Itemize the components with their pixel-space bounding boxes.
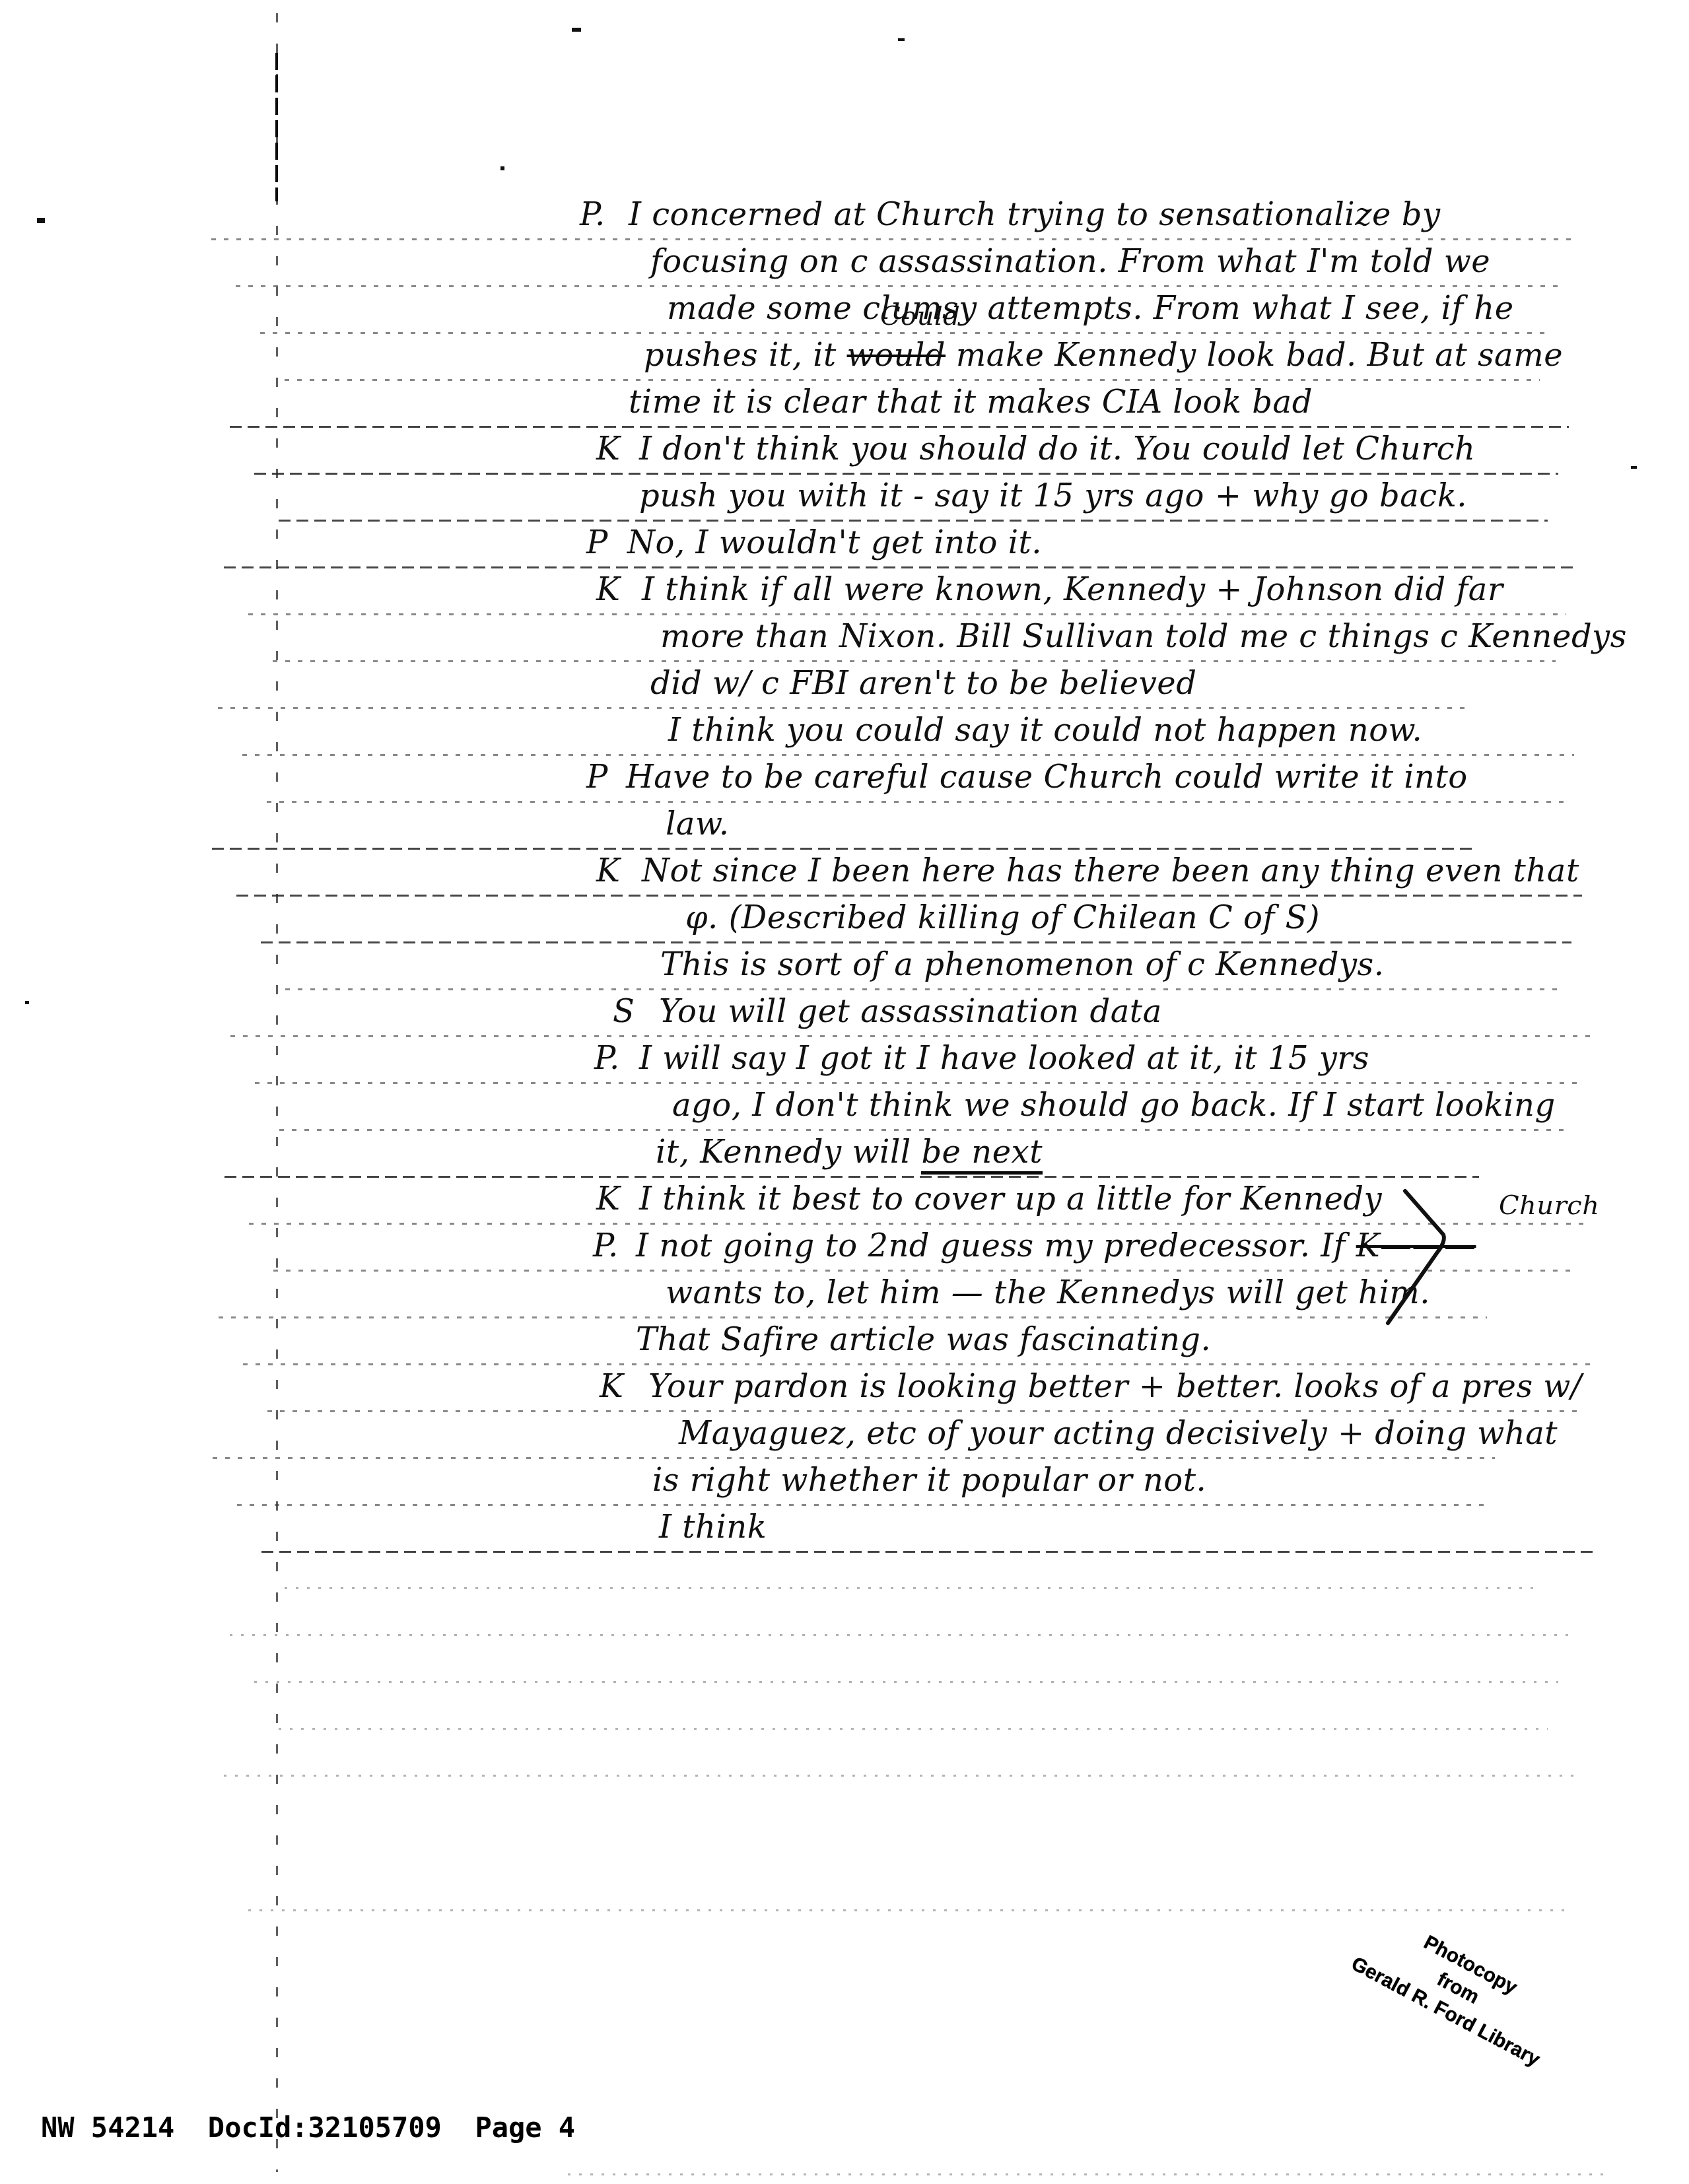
handwriting-line: That Safire article was fascinating. <box>636 1316 1211 1363</box>
handwriting-line: KYour pardon is looking better + better.… <box>600 1363 1582 1410</box>
handwriting-text: law. <box>666 805 730 842</box>
ruled-line <box>254 1681 1558 1683</box>
handwriting-line: KI think it best to cover up a little fo… <box>596 1176 1382 1223</box>
handwriting-text: made some clumsy attempts. From what I s… <box>667 290 1514 327</box>
handwriting-line: law. <box>666 801 730 848</box>
handwriting-line: pushes it, it would make Kennedy look ba… <box>644 332 1563 379</box>
handwriting-insert: Church <box>1499 1192 1599 1219</box>
handwriting-text: I will say I got it I have looked at it,… <box>639 1040 1369 1077</box>
ruled-line <box>279 1728 1548 1730</box>
speaker-letter: K <box>596 566 642 613</box>
scan-speckle <box>37 218 45 223</box>
speaker-letter: P. <box>593 1223 636 1270</box>
speaker-letter: K <box>596 1176 639 1223</box>
handwriting-line: focusing on c assassination. From what I… <box>650 238 1490 285</box>
ruled-line <box>261 1551 1593 1553</box>
handwriting-text: ago, I don't think we should go back. If… <box>672 1087 1556 1124</box>
handwriting-text: time it is clear that it makes CIA look … <box>629 384 1313 421</box>
handwriting-line: P.I not going to 2nd guess my predecesso… <box>593 1223 1476 1270</box>
margin-bracket-mark <box>1379 1187 1458 1329</box>
handwriting-line: SYou will get assassination data <box>613 988 1162 1035</box>
handwriting-line: I think <box>659 1504 767 1551</box>
left-margin-dashed-line-top <box>275 53 278 201</box>
handwriting-text: Not since I been here has there been any… <box>642 852 1579 889</box>
speaker-letter: K <box>596 848 642 895</box>
speaker-letter: P. <box>580 191 629 238</box>
handwriting-text: I think you could say it could not happe… <box>668 712 1422 749</box>
handwriting-text: That Safire article was fascinating. <box>636 1321 1211 1358</box>
speaker-letter: P <box>586 520 627 566</box>
handwriting-line: wants to, let him — the Kennedys will ge… <box>666 1270 1430 1316</box>
handwriting-text: I think it best to cover up a little for… <box>639 1180 1382 1217</box>
handwriting-line: PNo, I wouldn't get into it. <box>586 520 1042 566</box>
scan-speckle <box>1631 466 1637 469</box>
handwriting-line: Mayaguez, etc of your acting decisively … <box>679 1410 1558 1457</box>
scan-speckle <box>898 38 905 41</box>
handwriting-line: P.I will say I got it I have looked at i… <box>594 1035 1369 1082</box>
scan-speckle <box>500 166 504 170</box>
ruled-line <box>224 1775 1577 1777</box>
handwriting-line: is right whether it popular or not. <box>652 1457 1206 1504</box>
speaker-letter: P <box>586 754 626 801</box>
handwriting-text: it, Kennedy will <box>656 1134 921 1171</box>
speaker-letter: K <box>600 1363 648 1410</box>
handwriting-text: pushes it, it <box>644 337 847 374</box>
handwriting-line: PHave to be careful cause Church could w… <box>586 754 1468 801</box>
handwriting-text: push you with it - say it 15 yrs ago + w… <box>639 477 1467 514</box>
handwriting-strike: would <box>847 337 946 374</box>
handwriting-text: Have to be careful cause Church could wr… <box>626 759 1468 796</box>
handwriting-line: push you with it - say it 15 yrs ago + w… <box>639 473 1467 520</box>
handwriting-line: did w/ c FBI aren't to be believed <box>650 660 1196 707</box>
handwriting-text: φ. (Described killing of Chilean C of S) <box>685 899 1320 936</box>
handwriting-text: No, I wouldn't get into it. <box>627 524 1042 561</box>
handwriting-line: φ. (Described killing of Chilean C of S) <box>685 895 1320 941</box>
handwriting-text: make Kennedy look bad. But at same <box>946 337 1563 374</box>
left-margin-dashed-line <box>276 13 278 2172</box>
scan-speckle <box>572 28 581 32</box>
handwriting-line: more than Nixon. Bill Sullivan told me c… <box>660 613 1627 660</box>
handwriting-line: KI think if all were known, Kennedy + Jo… <box>596 566 1503 613</box>
handwriting-line: it, Kennedy will be next <box>656 1129 1043 1176</box>
handwriting-text: focusing on c assassination. From what I… <box>650 243 1490 280</box>
ruled-line <box>568 2173 1611 2175</box>
handwriting-text: I think <box>659 1509 767 1546</box>
handwriting-line: I think you could say it could not happe… <box>668 707 1422 754</box>
handwriting-text: You will get assassination data <box>659 993 1162 1030</box>
handwriting-text: Your pardon is looking better + better. … <box>648 1368 1582 1405</box>
handwriting-underline: be next <box>921 1134 1043 1175</box>
handwriting-text: I think if all were known, Kennedy + Joh… <box>642 571 1503 608</box>
handwriting-text: is right whether it popular or not. <box>652 1462 1206 1499</box>
speaker-letter: S <box>613 988 659 1035</box>
handwriting-text: I don't think you should do it. You coul… <box>639 430 1475 467</box>
document-id-footer: NW 54214 DocId:32105709 Page 4 <box>41 2111 575 2144</box>
handwriting-line: made some clumsy attempts. From what I s… <box>667 285 1514 332</box>
ruled-line <box>267 801 1564 803</box>
stamp-line-2: from <box>1323 1909 1592 2068</box>
handwriting-line: time it is clear that it makes CIA look … <box>629 379 1313 426</box>
scanned-document-page: P.I concerned at Church trying to sensat… <box>0 0 1689 2184</box>
handwriting-line: KNot since I been here has there been an… <box>596 848 1579 895</box>
handwriting-text: I concerned at Church trying to sensatio… <box>629 196 1441 233</box>
handwriting-line: This is sort of a phenomenon of c Kenned… <box>660 941 1385 988</box>
handwriting-text: Mayaguez, etc of your acting decisively … <box>679 1415 1558 1452</box>
handwriting-line: KI don't think you should do it. You cou… <box>596 426 1475 473</box>
handwriting-insert: Could <box>880 303 960 329</box>
handwriting-text: more than Nixon. Bill Sullivan told me c… <box>660 618 1627 655</box>
ruled-line <box>285 1587 1540 1589</box>
speaker-letter: K <box>596 426 639 473</box>
handwriting-text: This is sort of a phenomenon of c Kenned… <box>660 946 1385 983</box>
handwriting-text: wants to, let him — the Kennedys will ge… <box>666 1274 1430 1311</box>
ruled-line <box>237 1504 1484 1506</box>
handwriting-text: did w/ c FBI aren't to be believed <box>650 665 1196 702</box>
ruled-line <box>230 1634 1569 1636</box>
handwriting-line: P.I concerned at Church trying to sensat… <box>580 191 1441 238</box>
scan-speckle <box>25 1001 29 1004</box>
handwriting-text: I not going to 2nd guess my predecessor.… <box>636 1227 1356 1264</box>
speaker-letter: P. <box>594 1035 639 1082</box>
handwriting-line: ago, I don't think we should go back. If… <box>672 1082 1556 1129</box>
photocopy-stamp: Photocopy from Gerald R. Ford Library <box>1311 1886 1605 2092</box>
